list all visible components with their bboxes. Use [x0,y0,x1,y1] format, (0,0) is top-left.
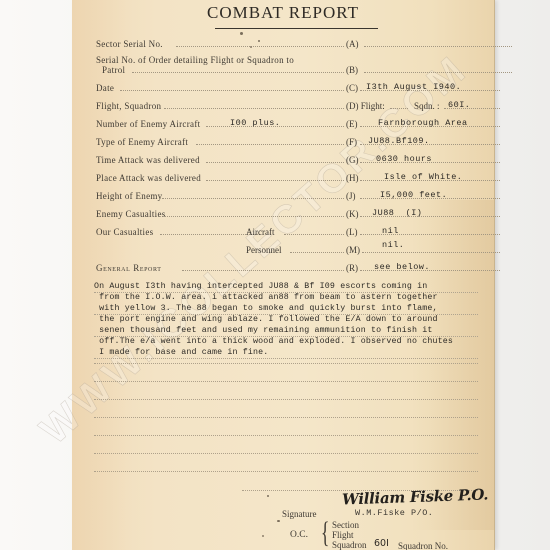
page-title: COMBAT REPORT [72,3,494,23]
handwritten-signature: William Fiske P.O. [342,485,489,508]
field-our-casualties-personnel: Personnel (M) nil. [96,242,476,256]
field-key: (J) [346,191,356,201]
field-key: (H) [346,173,359,183]
field-key: (B) [346,65,358,75]
field-key: (F) [346,137,357,147]
title-underline [215,28,378,29]
dotted-line [160,234,260,235]
field-label-cont: Patrol [102,65,125,75]
dotted-line [362,252,500,253]
field-date: Date (C) I3th August I940. [96,80,476,94]
field-num-enemy: Number of Enemy Aircraft I00 plus. (E) F… [96,116,476,130]
field-label: Our Casualties [96,227,153,237]
report-line: the port engine and wing ablaze. I follo… [94,314,478,325]
field-label: Enemy Casualties [96,209,166,219]
blank-ruled-line [94,471,478,472]
field-place-attack: Place Attack was delivered (H) Isle of W… [96,170,476,184]
field-label: Sector Serial No. [96,39,163,49]
enemy-count-value[interactable]: I00 plus. [230,118,280,128]
dotted-line [182,270,344,271]
field-value[interactable]: I5,000 feet. [380,190,447,200]
unit-squadron: Squadron [332,540,367,550]
field-key: (C) [346,83,358,93]
field-label: Flight, Squadron [96,101,161,111]
field-value[interactable]: I3th August I940. [366,82,461,92]
personnel-label: Personnel [246,245,282,255]
dotted-line [390,108,408,109]
ink-speck [240,32,243,35]
field-label: Date [96,83,114,93]
dotted-line [196,144,344,145]
field-label: General Report [96,263,161,273]
field-flight-squadron: Flight, Squadron (D) Flight: Sqdn. : 60I… [96,98,476,112]
dotted-line [176,46,344,47]
squadron-label: Sqdn. : [414,101,440,111]
blank-ruled-line [94,399,478,400]
field-label: Height of Enemy [96,191,163,201]
field-enemy-casualties: Enemy Casualties (K) JU88 (I) [96,206,476,220]
dotted-line[interactable] [364,72,512,73]
typed-signature: W.M.Fiske P/O. [355,508,433,518]
aircraft-label: Aircraft [246,227,274,237]
report-line: off.The e/a went into a thick wood and e… [94,336,478,347]
field-value[interactable]: Isle of White. [384,172,462,182]
ink-speck [277,520,280,522]
dotted-line [206,162,344,163]
field-height-enemy: Height of Enemy (J) I5,000 feet. [96,188,476,202]
brace-symbol: { [321,516,330,550]
field-value[interactable]: JU88.Bf109. [368,136,430,146]
unit-flight: Flight [332,530,354,540]
dotted-line [284,234,344,235]
oc-label: O.C. [290,530,308,540]
field-value[interactable]: Farnborough Area [378,118,468,128]
signature-label: Signature [282,509,317,519]
field-value[interactable]: nil [382,226,399,236]
blank-ruled-line [94,363,478,364]
field-label: Type of Enemy Aircraft [96,137,188,147]
squadron-number-value: 60I [374,538,389,549]
field-key: (D) Flight: [346,101,385,111]
report-line: from the I.O.W. area. i attacked an88 fr… [94,292,478,303]
field-type-enemy: Type of Enemy Aircraft (F) JU88.Bf109. [96,134,476,148]
field-key: (L) [346,227,358,237]
squadron-no-label: Squadron No. [398,541,448,550]
report-line: I made for base and came in fine. [94,347,478,359]
field-our-casualties-aircraft: Our Casualties Aircraft (L) nil [96,224,476,238]
field-label: Place Attack was delivered [96,173,201,183]
field-key: (A) [346,39,359,49]
ink-speck [267,495,269,497]
field-key: (K) [346,209,359,219]
blank-ruled-line [94,435,478,436]
dotted-line [162,198,344,199]
field-value[interactable]: nil. [382,240,404,250]
blank-ruled-line [94,417,478,418]
field-label: Number of Enemy Aircraft [96,119,200,129]
field-key: (R) [346,263,358,273]
field-key: (G) [346,155,359,165]
dotted-line[interactable] [364,46,512,47]
field-order-serial: Patrol (B) [96,62,476,76]
field-key: (M) [346,245,360,255]
field-value[interactable]: JU88 (I) [372,208,422,218]
blank-ruled-line [94,453,478,454]
dotted-line [290,252,344,253]
field-time-attack: Time Attack was delivered (G) 0630 hours [96,152,476,166]
field-key: (E) [346,119,358,129]
unit-section: Section [332,520,359,530]
combat-report-form: WWW.ICOLLECTOR.COM COMBAT REPORT Sector … [72,0,494,550]
field-value[interactable]: see below. [374,262,430,272]
dotted-line [164,108,344,109]
dotted-line [206,180,344,181]
field-general-report: General Report (R) see below. [96,260,476,274]
ink-speck [262,535,264,537]
dotted-line [132,72,344,73]
dotted-line [164,216,344,217]
squadron-value[interactable]: 60I. [448,100,470,110]
blank-ruled-line [94,381,478,382]
field-label: Time Attack was delivered [96,155,200,165]
dotted-line [360,234,500,235]
field-value[interactable]: 0630 hours [376,154,432,164]
dotted-line [120,90,344,91]
field-sector-serial: Sector Serial No. (A) [96,36,476,50]
